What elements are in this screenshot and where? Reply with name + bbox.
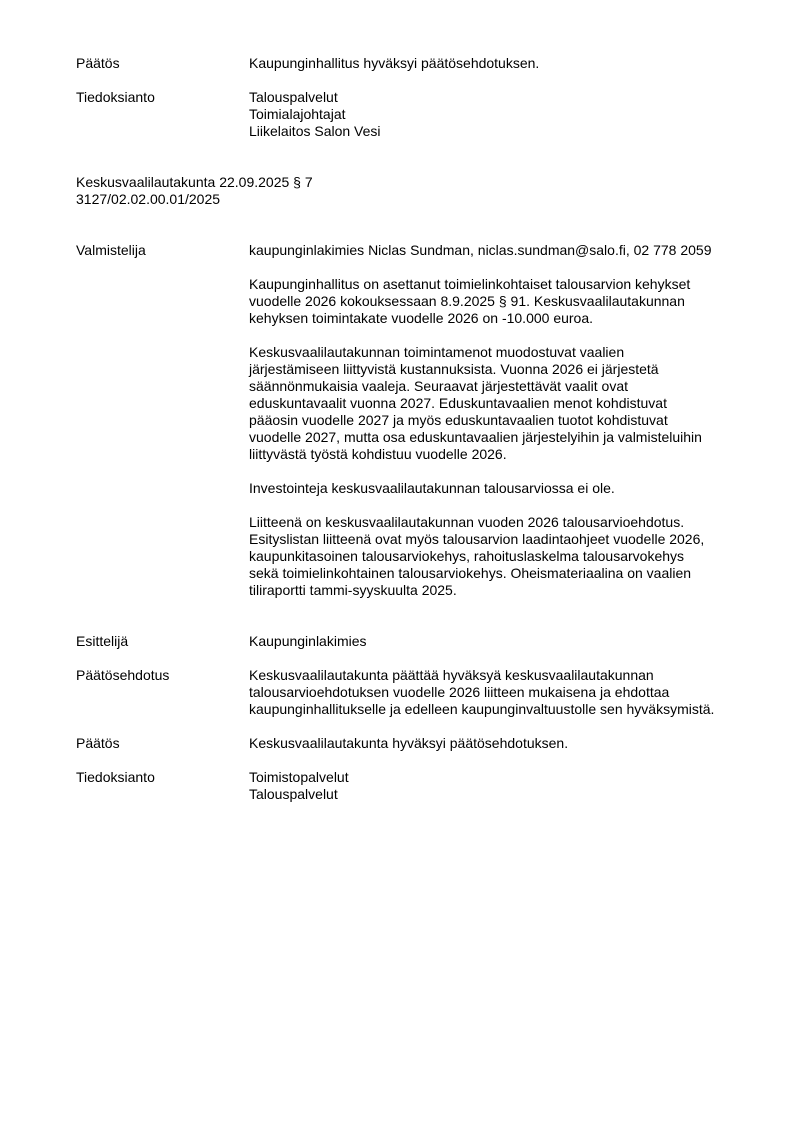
paragraph-attachments: Liitteenä on keskusvaalilautakunnan vuod… xyxy=(249,514,756,599)
notification-row: Tiedoksianto Talouspalvelut Toimialajoht… xyxy=(76,89,756,140)
recipient: Toimialajohtajat xyxy=(249,106,756,123)
notification-label: Tiedoksianto xyxy=(76,89,249,140)
meeting-header: Keskusvaalilautakunta 22.09.2025 § 7 312… xyxy=(76,174,756,208)
decision-text: Kaupunginhallitus hyväksyi päätösehdotuk… xyxy=(249,55,756,72)
notification-row-2: Tiedoksianto Toimistopalvelut Talouspalv… xyxy=(76,769,756,803)
preparer-text: kaupunginlakimies Niclas Sundman, niclas… xyxy=(249,242,756,599)
paragraph-framework: Kaupunginhallitus on asettanut toimielin… xyxy=(249,276,756,327)
presenter-text: Kaupunginlakimies xyxy=(249,633,756,650)
notification-recipients: Toimistopalvelut Talouspalvelut xyxy=(249,769,756,803)
decision-label: Päätös xyxy=(76,55,249,72)
notification-label: Tiedoksianto xyxy=(76,769,249,803)
presenter-row: Esittelijä Kaupunginlakimies xyxy=(76,633,756,650)
presenter-label: Esittelijä xyxy=(76,633,249,650)
paragraph-expenses: Keskusvaalilautakunnan toimintamenot muo… xyxy=(249,344,756,463)
recipient: Liikelaitos Salon Vesi xyxy=(249,123,756,140)
preparer-info: kaupunginlakimies Niclas Sundman, niclas… xyxy=(249,242,756,259)
meeting-title: Keskusvaalilautakunta 22.09.2025 § 7 xyxy=(76,174,756,191)
proposal-row: Päätösehdotus Keskusvaalilautakunta päät… xyxy=(76,667,756,718)
decision-row: Päätös Kaupunginhallitus hyväksyi päätös… xyxy=(76,55,756,72)
proposal-label: Päätösehdotus xyxy=(76,667,249,718)
document-page: Päätös Kaupunginhallitus hyväksyi päätös… xyxy=(76,55,756,803)
recipient: Talouspalvelut xyxy=(249,786,756,803)
notification-recipients: Talouspalvelut Toimialajohtajat Liikelai… xyxy=(249,89,756,140)
decision-label: Päätös xyxy=(76,735,249,752)
paragraph-investments: Investointeja keskusvaalilautakunnan tal… xyxy=(249,480,756,497)
decision-row-2: Päätös Keskusvaalilautakunta hyväksyi pä… xyxy=(76,735,756,752)
preparer-label: Valmistelija xyxy=(76,242,249,599)
record-id: 3127/02.02.00.01/2025 xyxy=(76,191,756,208)
preparer-row: Valmistelija kaupunginlakimies Niclas Su… xyxy=(76,242,756,599)
recipient: Talouspalvelut xyxy=(249,89,756,106)
decision-text: Keskusvaalilautakunta hyväksyi päätösehd… xyxy=(249,735,756,752)
proposal-text: Keskusvaalilautakunta päättää hyväksyä k… xyxy=(249,667,756,718)
recipient: Toimistopalvelut xyxy=(249,769,756,786)
